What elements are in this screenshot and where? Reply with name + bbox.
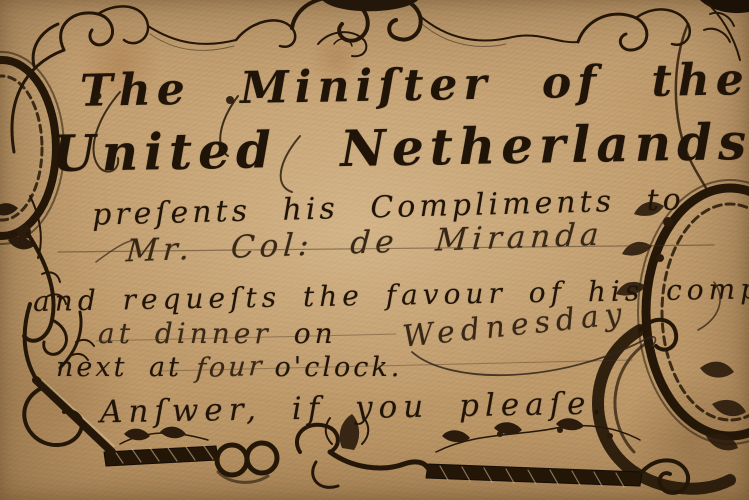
pen-flourish-icon bbox=[96, 240, 720, 375]
capital-swash-icon bbox=[94, 92, 300, 192]
meal-rule-line bbox=[96, 334, 396, 341]
name-rule-line bbox=[58, 245, 714, 252]
script-flourishes bbox=[0, 0, 749, 500]
invitation-card-scan: The Miniſter of the United Netherlands p… bbox=[0, 0, 749, 500]
